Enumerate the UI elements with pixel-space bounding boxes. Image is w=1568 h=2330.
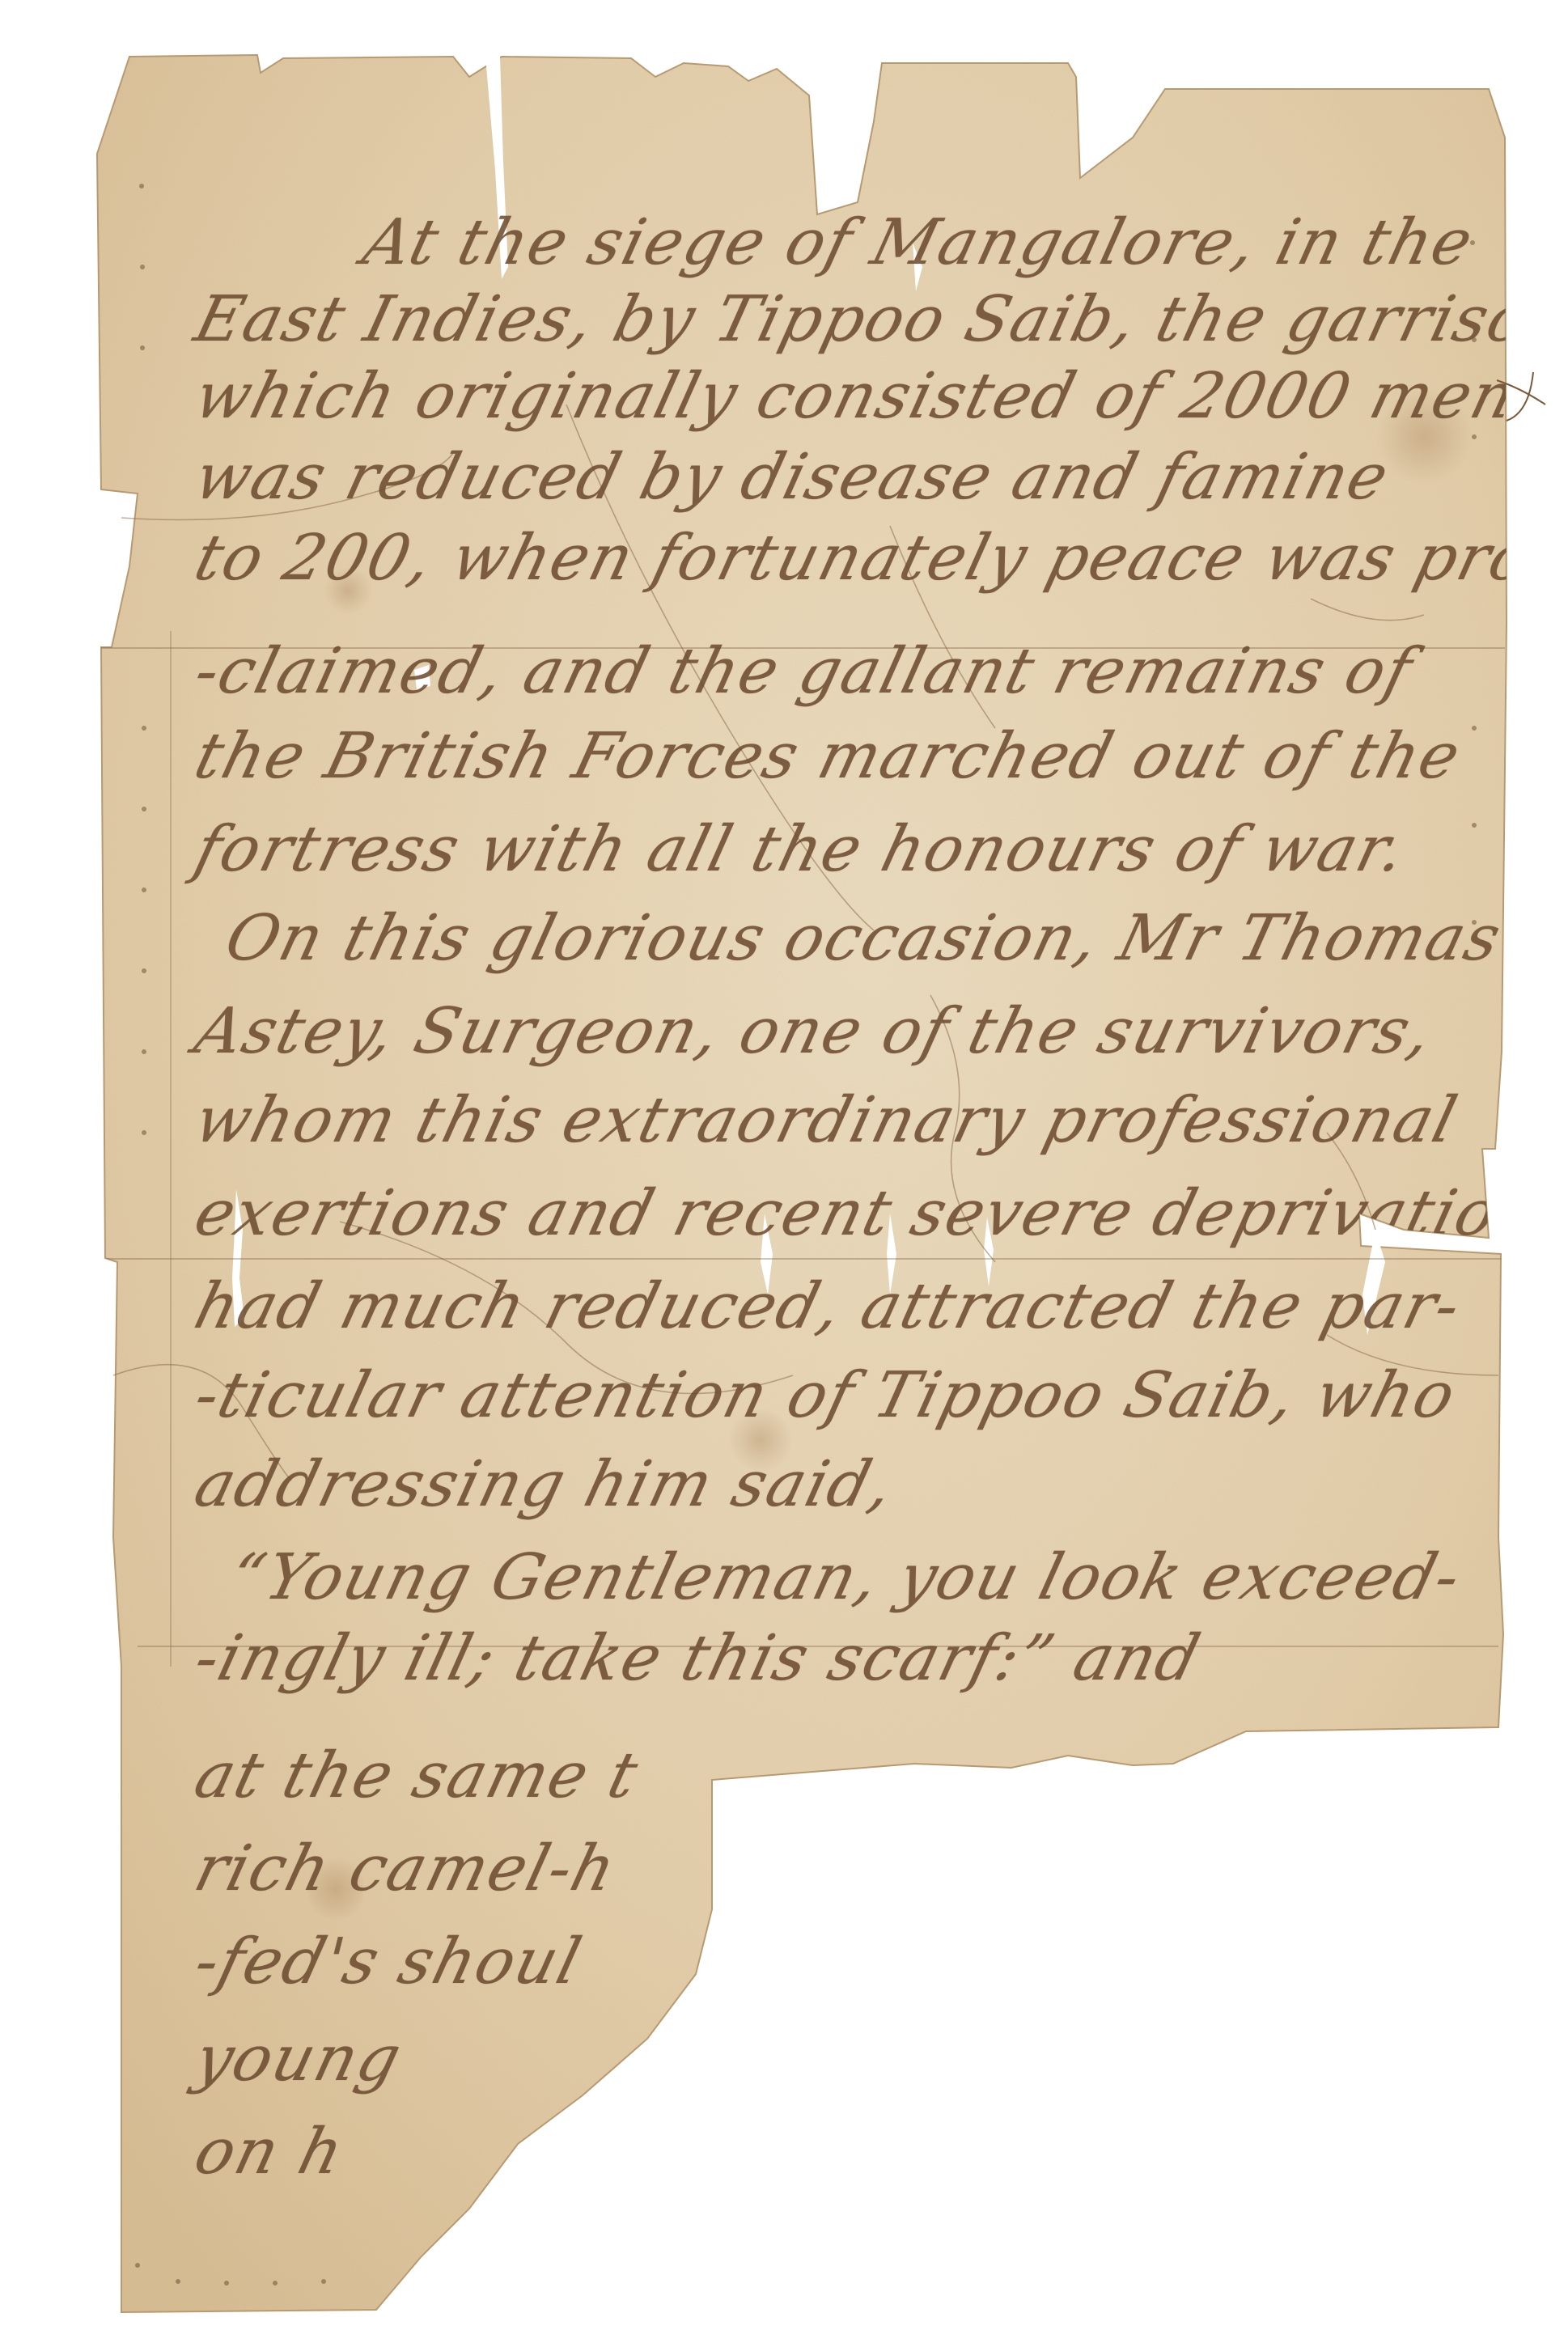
manuscript-line: at the same t	[188, 1739, 646, 1812]
manuscript-line: On this glorious occasion, Mr Thomas	[218, 902, 1509, 975]
manuscript-line: the British Forces marched out of the	[188, 720, 1468, 793]
manuscript-line: on h	[188, 2116, 352, 2188]
manuscript-line: -ingly ill; take this scarf:” and	[188, 1622, 1208, 1695]
manuscript-line: fortress with all the honours of war.	[188, 813, 1413, 886]
manuscript-line: to 200, when fortunately peace was pro-	[188, 522, 1562, 595]
manuscript-line: whom this extraordinary professional	[188, 1084, 1465, 1157]
manuscript-line: At the siege of Mangalore, in the	[356, 206, 1481, 279]
manuscript-line: -fed's shoul	[188, 1925, 589, 1998]
manuscript-line: which originally consisted of 2000 men	[188, 360, 1524, 433]
fold-crease	[170, 631, 172, 1667]
manuscript-line: Astey, Surgeon, one of the survivors,	[188, 995, 1440, 1068]
manuscript-line: East Indies, by Tippoo Saib, the garriso…	[188, 283, 1568, 356]
loose-thread	[1489, 356, 1553, 437]
manuscript-line: addressing him said,	[188, 1448, 901, 1521]
manuscript-line: had much reduced, attracted the par-	[188, 1270, 1468, 1343]
manuscript-line: -ticular attention of Tippoo Saib, who	[188, 1359, 1464, 1432]
manuscript-line: “Young Gentleman, you look exceed-	[222, 1541, 1468, 1614]
manuscript-line: was reduced by disease and famine	[188, 441, 1396, 514]
manuscript-page: At the siege of Mangalore, in the East I…	[0, 0, 1568, 2330]
manuscript-line: exertions and recent severe deprivation	[188, 1177, 1547, 1250]
manuscript-line: young	[188, 2023, 409, 2095]
manuscript-line: -claimed, and the gallant remains of	[188, 635, 1420, 708]
fold-crease	[97, 1258, 1505, 1260]
manuscript-line: rich camel-h	[188, 1832, 624, 1905]
